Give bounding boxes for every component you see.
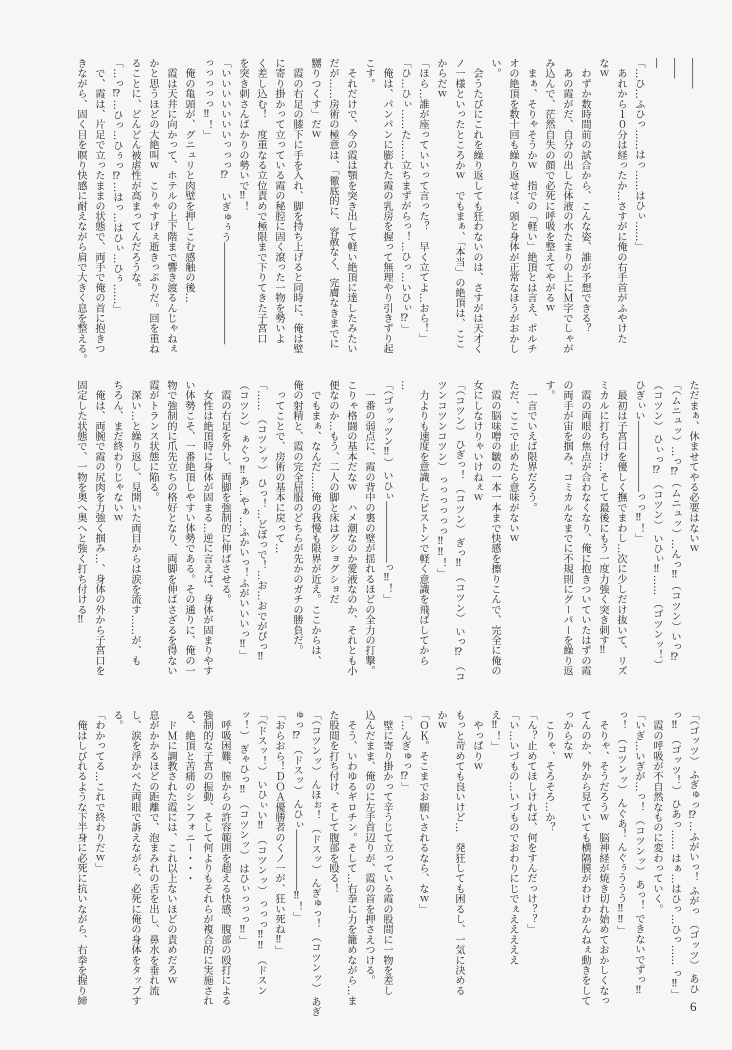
text-column: 息がかかるほどの距離で、泡まみれの舌を出し、鼻水を垂れ流 [143, 710, 161, 1010]
text-column: し、涙を浮かべた両眼で訴えながら、必死に俺の身体をタップす [125, 710, 143, 1010]
text-column: 女性は絶頂時に身体が固まる…逆に言えば、身体が固まりやす [197, 380, 215, 680]
page-number: 6 [690, 999, 697, 1015]
text-column: っ‼ （ゴッツ！） ひあっ…… はぁ…はひっ…ひっ…… っ‼」 [665, 710, 683, 1010]
text-column: きながら、固く目を瞑り快感に耐えながら肩で大きく息を整える。 [71, 58, 89, 358]
text-column: 便なのか…もう、二人の脚と床はグショグショだ [323, 380, 341, 680]
text-column: 壁に寄り掛かって辛うじて立っている霞の股間に一物を差し [377, 710, 395, 1010]
text-column: る。 [107, 710, 125, 1010]
text-column: 霞の右足を外し、両脚を強制的に伸ばさせる。 [215, 380, 233, 680]
text-column: かと思うほどの大絶叫ｗ こりゃすげぇ逝きっぷりだ。回を重ね [143, 58, 161, 358]
text-column: だが……房術の極意は、「徹底的に、容赦なく、完膚なきまでに [323, 58, 341, 358]
text-column: 「ん？止めてほしければ、何をすんだっけ？？」 [521, 710, 539, 1010]
text-column: 強制的な子宮の振動、そして何よりもそれらが複合的に実施され [197, 710, 215, 1010]
text-column: 一番の弱点に、霞の背中の裏の壁が揺れるほどの全力の打撃。 [359, 380, 377, 680]
text-column: た股間を打ち付け、そして腹部を殴る！ [323, 710, 341, 1010]
text-column: 「（コツン） ひぎっ！ （コツン） ぎっ‼ （コツン） いっ⁉ （コ [449, 380, 467, 680]
text-tier-top: ――― ―― ― 「…ひ…ふひっ……はっ……はひぃ……」 あれから１０分は経った… [71, 58, 701, 358]
text-column: 呼吸困難、膣からの許容範囲を超える快感、腹部の殴打による [215, 710, 233, 1010]
text-column: の両手が宙を掴み、コミカルなまでに不規則にグーパーを繰り返 [557, 380, 575, 680]
text-column: ツンコツンコツン） っっっっっっ‼‼！」 [431, 380, 449, 680]
text-column: 「いいいいいいいっっっ⁉ いぎゅぅう―――――――――― [215, 58, 233, 358]
text-column: 最初は子宮口を優しく撫でまわし…次に少しだけ抜いて、リズ [611, 380, 629, 680]
text-column: 「（コツンッ） んほぉ！ （ドスッ） んぎゅっ！ （コツンッ） あぎ [305, 710, 323, 1010]
text-column: （コツン） ひぃっ⁉ （コツン） いひぃ‼…… （ゴツンッ！） [647, 380, 665, 680]
text-column: ―― [665, 58, 683, 358]
text-column: 「わかってる…これで終わりだｗ」 [89, 710, 107, 1010]
text-column: 「…っ⁉…ひっ…ひぅっ⁉…はっ…はひぃ…ひぅ……」 [107, 58, 125, 358]
text-column: なｗ [593, 58, 611, 358]
text-column: そう、いわゆるギロチン。そして…右拳に力を籠めながら…ま [341, 710, 359, 1010]
text-column: 霞の右足の膝下に手を入れ、脚を持ち上げると同時に、俺は壁 [287, 58, 305, 358]
text-column: 「ほら…誰が座っていいって言った？ 早く立てよ…おら！」 [413, 58, 431, 358]
text-column: からだｗ [431, 58, 449, 358]
text-column: ― [647, 58, 665, 358]
text-column: に寄り掛かって立っている霞の秘腔に固く滾った一物を勢いよ [269, 58, 287, 358]
text-column: やっぱりｗ [467, 710, 485, 1010]
text-column: 深い…と繰り返し、見開いた両目からは涙を流す……が、も [125, 380, 143, 680]
text-column: 俺は、パンパンに膨れた霞の乳房を握って無理やり引きずり起 [377, 58, 395, 358]
text-column: 俺は、両腕で霞の尻肉を力強く掴み…、身体の外から子宮口を [89, 380, 107, 680]
text-tier-middle: ただまぁ、休ませてやる必要はないｗ 「（ムニュッ）…っ⁉（ムニュッ）…んっ‼（コ… [71, 380, 701, 680]
text-column: で、霞は、片足で立ったままの状態で、両手で俺の首に抱きつ [89, 58, 107, 358]
text-column: 霞がトランス状態に陥る。 [143, 380, 161, 680]
text-column: 「いぎ…いぎが…っ！ （コツンッ） あっ！ できないでずっ‼ [629, 710, 647, 1010]
text-column: い体勢こそ、一番絶頂しやすい体勢である。その通りに、俺の一 [179, 380, 197, 680]
text-column: ドＭに調教された霞には、これ以上ないほどの責めだろｗ [161, 710, 179, 1010]
text-column: 嬲りつくす」だｗ [305, 58, 323, 358]
text-column: す。 [539, 380, 557, 680]
text-column: 込んだまま、俺のに左手首辺りが、霞の首を押さえつける。 [359, 710, 377, 1010]
text-column: ノ一様といったところかｗ でもまぁ、「本当」の絶頂は、ここ [449, 58, 467, 358]
novel-page: ――― ―― ― 「…ひ…ふひっ……はっ……はひぃ……」 あれから１０分は経った… [0, 0, 732, 1050]
text-column: 「（ムニュッ）…っ⁉（ムニュッ）…んっ‼（コツン）いっ⁉ [665, 380, 683, 680]
text-column: 俺はしびれるような下半身に必死に抗いながら、右拳を握り締 [71, 710, 89, 1010]
text-column: を突き刺さんばかりの勢いで‼！ [233, 58, 251, 358]
text-column: ――― [683, 58, 701, 358]
text-column: ただ、ここで止めたら意味がないｗ [503, 380, 521, 680]
text-column: る、絶頂と苦痛のシンフォニー・・・ [179, 710, 197, 1010]
text-column: 会うたびにこれを繰り返しても狂わないのは、さすがは天才く [467, 58, 485, 358]
text-column: 力よりも速度を意識したピストンで軽く意識を飛ばしてから [413, 380, 431, 680]
text-column: かｗ [431, 710, 449, 1010]
text-column: 固定した状態で、一物を奥へ奥へと強く打ち付ける‼ [71, 380, 89, 680]
text-column: 一言でいえば限界だろう。 [521, 380, 539, 680]
text-column: … [395, 380, 413, 680]
text-column: ミカルに打ち付け…そして最後にもう一度力強く突き刺す‼ [593, 380, 611, 680]
text-column: こす。 [359, 58, 377, 358]
text-column: 霞の脳味噌の皺の一本一本まで快感を擦りこんで、完全に俺の [485, 380, 503, 680]
text-column: まぁ、そりゃそうかｗ 指での「軽い」絶頂とは言え、ポルチ [521, 58, 539, 358]
text-column: っっっっっ‼！」 [197, 58, 215, 358]
text-column: っ！ （コツンッ） んぐあ！ んぐぅううう‼‼」 [611, 710, 629, 1010]
text-column: 霞は天井に向かって、ホテルの上下階まで響き渡るんじゃねぇ [161, 58, 179, 358]
text-column: ひぎぃい―――――――っっ‼！」 [629, 380, 647, 680]
text-column: く差し込む！ 度重なる立位責めで極限まで下りてきた子宮口 [251, 58, 269, 358]
text-column: ッ！） ぎゃひっ‼ （コツンッ） はひぃっっっ‼」 [233, 710, 251, 1010]
text-column: 霞の呼吸が不自然なものに変わっていく。 [647, 710, 665, 1010]
text-column: こりゃ、そろそろ…か？ [539, 710, 557, 1010]
text-column: こりゃ格闘の基本だなｗ ハメ潮なのか愛液なのか、それとも小 [341, 380, 359, 680]
text-column: 俺の亀頭が、グニュリと肉壁を押しこむ感触の後… [179, 58, 197, 358]
text-column: 「おらおら！ＤＯＡ優勝者のくノ一が、狂い死ね‼」 [269, 710, 287, 1010]
text-column: あの霞がだ、自分の出した体液の水たまりの上にＭ字でしゃが [557, 58, 575, 358]
text-column: でもまぁ、なんだ……俺の我慢も限界が近え。ここからは、 [305, 380, 323, 680]
text-column: ることに、どんどん被虐性が高まってんだろうな。 [125, 58, 143, 358]
text-column: それだけで、今の霞は顎を突き出して軽い絶頂に達したみたい [341, 58, 359, 358]
text-column: （コツン） ぁぐっ‼あ…やぁ…ふかいっ！ふがいいいっ‼」 [233, 380, 251, 680]
text-column: ゅっ⁉ （ドスッ） んひぃ――――――‼！」 [287, 710, 305, 1010]
text-column: てんのか、外から見ていても横隔膜がわけわかんねぇ動きをして [575, 710, 593, 1010]
text-column: 「（ドスッ！） いひぃい‼ （コツンッ） っっっ‼‼ （ドスン [251, 710, 269, 1010]
text-column: 物で強制的に爪先立ちの格好となり、両脚を伸ばさざるを得ない [161, 380, 179, 680]
text-tier-bottom: 「（ゴッツ） ふぎゅっ⁉…ふがいっ！ ふがっ （ゴッツ） あひ っ‼ （ゴッツ！… [71, 710, 701, 1010]
text-column: 「ＯＫ。そこまでお願いされるなら、なｗ」 [413, 710, 431, 1010]
text-column: え‼！」 [485, 710, 503, 1010]
text-column: あれから１０分は経ったか…さすがに俺の右手首がふやけた [611, 58, 629, 358]
text-column: わずか数時間前の試合から、こんな姿、誰が予想できる？ [575, 58, 593, 358]
text-column: 「（ゴッツ） ふぎゅっ⁉…ふがいっ！ ふがっ （ゴッツ） あひ [683, 710, 701, 1010]
text-column: 「い…いづもの…いづものでおわりにじでぇえええええ [503, 710, 521, 1010]
text-column: もっと苛めても良いけど… 発狂しても困るし、一気に決める [449, 710, 467, 1010]
text-column: 俺の射精と、霞の完全屈服のどちらが先かのガチの勝負だ。 [287, 380, 305, 680]
text-column: オの絶頂を数十回も繰り返せば、頭と身体が正常なほうがおかし [503, 58, 521, 358]
text-column: ってことで、房術の基本に戻って… [269, 380, 287, 680]
text-column: 「…んぎゅっ⁉」 [395, 710, 413, 1010]
text-column: っからなｗ [557, 710, 575, 1010]
text-column: い。 [485, 58, 503, 358]
text-column: 女にしなけりゃいけねぇｗ [467, 380, 485, 680]
text-column: 「ひ…ひぃ……た……立ちまずがらっ！…ひっ…いひぃ⁉」 [395, 58, 413, 358]
text-column: ちろん、まだ終わりじゃないｗ [107, 380, 125, 680]
text-column: そりゃ、そうだろうｗ 脳神経が焼き切れ始めておかしくなっ [593, 710, 611, 1010]
text-column: 「…ひ…ふひっ……はっ……はひぃ……」 [629, 58, 647, 358]
text-column: 「…… （コツンッ） ひっ！…どぼっで！…お…おでがぴっ‼ [251, 380, 269, 680]
text-column: み込んで、茫然自失の顔で必死に呼吸を整えてやがるｗ [539, 58, 557, 358]
text-column: 霞の両眼の焦点が合わなくなり、俺に抱きついていたはずの霞 [575, 380, 593, 680]
text-column: 「（ゴッッツン‼） いひぃ――――――っ‼！」 [377, 380, 395, 680]
text-column: ただまぁ、休ませてやる必要はないｗ [683, 380, 701, 680]
